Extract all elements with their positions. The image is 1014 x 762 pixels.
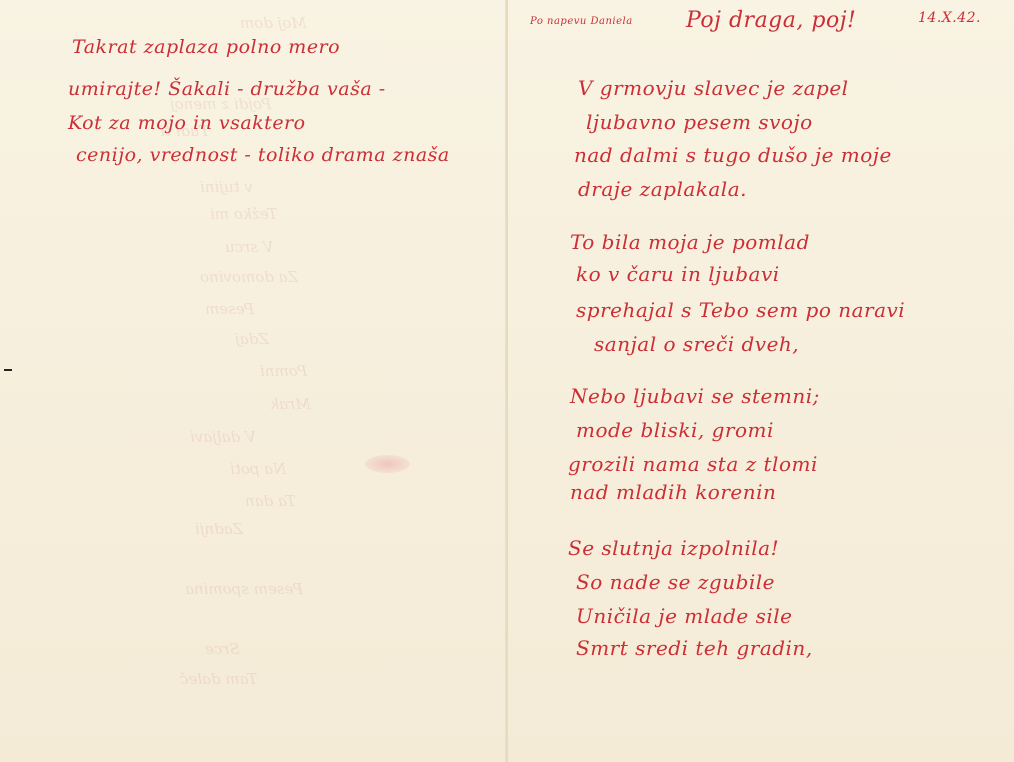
- ink-stain: [365, 455, 410, 473]
- manuscript-spread: Moj dom Pojdi z menoj Tudi ti v tujini T…: [0, 0, 1014, 762]
- left-poem-line-4: cenijo, vrednost - toliko drama znaša: [76, 144, 450, 166]
- stanza-2-line-1: To bila moja je pomlad: [570, 230, 810, 254]
- bleed-through-line: Težko mi: [210, 205, 278, 223]
- bleed-through-line: Za domovino: [200, 268, 298, 286]
- stanza-3-line-2: mode bliski, gromi: [576, 418, 774, 442]
- bleed-through-line: Pomni: [260, 362, 307, 380]
- left-page: Moj dom Pojdi z menoj Tudi ti v tujini T…: [0, 0, 506, 762]
- bleed-through-line: V daljavi: [190, 428, 256, 446]
- stanza-3-line-4: nad mladih korenin: [570, 480, 776, 504]
- stanza-2-line-3: sprehajal s Tebo sem po naravi: [576, 298, 905, 322]
- bleed-through-line: Pesem: [205, 300, 254, 318]
- bleed-through-line: Pesem spomina: [185, 580, 303, 598]
- left-poem-line-2: umirajte! Šakali - družba vaša -: [68, 78, 386, 100]
- bleed-through-line: Zdaj: [235, 330, 269, 348]
- melody-note: Po napevu Daniela: [530, 16, 633, 27]
- stanza-4-line-4: Smrt sredi teh gradin,: [576, 636, 813, 660]
- stanza-4-line-2: So nade se zgubile: [576, 570, 775, 594]
- left-poem-line-3: Kot za mojo in vsaktero: [68, 112, 306, 134]
- bleed-through-line: Na poti: [230, 460, 286, 478]
- poem-date: 14.X.42.: [918, 10, 981, 26]
- left-poem-line-1: Takrat zaplaza polno mero: [72, 36, 340, 58]
- stanza-3-line-3: grozili nama sta z tlomi: [568, 452, 818, 476]
- bleed-through-line: Tam daleč: [180, 670, 257, 688]
- bleed-through-line: Zadnji: [195, 520, 243, 538]
- poem-title: Poj draga, poj!: [686, 8, 856, 33]
- bleed-through-line: Ta dan: [245, 492, 296, 510]
- stanza-2-line-2: ko v čaru in ljubavi: [576, 262, 780, 286]
- stanza-3-line-1: Nebo ljubavi se stemni;: [570, 384, 820, 408]
- stanza-2-line-4: sanjal o sreči dveh,: [594, 332, 799, 356]
- stanza-1-line-3: nad dalmi s tugo dušo je moje: [574, 143, 892, 167]
- stanza-4-line-1: Se slutnja izpolnila!: [568, 536, 779, 560]
- margin-mark: [4, 369, 12, 371]
- stanza-4-line-3: Uničila je mlade sile: [576, 604, 792, 628]
- bleed-through-line: Mrak: [270, 395, 311, 413]
- bleed-through-line: v tujini: [200, 178, 253, 196]
- stanza-1-line-1: V grmovju slavec je zapel: [578, 76, 849, 100]
- stanza-1-line-2: ljubavno pesem svojo: [586, 110, 813, 134]
- bleed-through-line: Moj dom: [240, 14, 307, 32]
- right-page: Po napevu Daniela Poj draga, poj! 14.X.4…: [508, 0, 1014, 762]
- stanza-1-line-4: draje zaplakala.: [578, 177, 747, 201]
- bleed-through-line: V srcu: [225, 238, 274, 256]
- bleed-through-line: Srce: [205, 640, 240, 658]
